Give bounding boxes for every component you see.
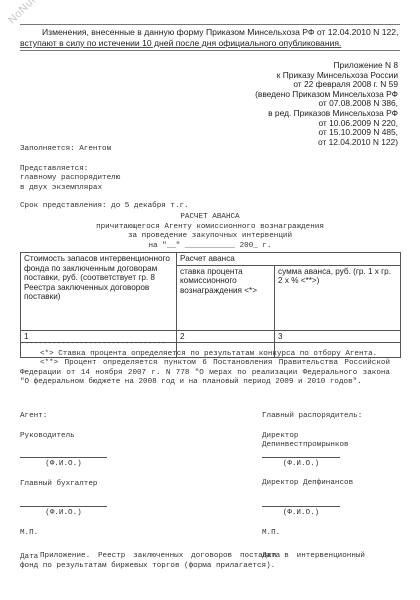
- stamp-label: М.П.: [262, 529, 362, 539]
- director-department: Депинвестпромрынков: [262, 441, 362, 451]
- main-manager-label: Главный распорядитель:: [262, 412, 362, 422]
- finance-director-title: Директор Депфинансов: [262, 479, 362, 489]
- title-main: РАСЧЕТ АВАНСА: [0, 213, 420, 223]
- appendix-reference: Приложение N 8 к Приказу Минсельхоза Рос…: [198, 61, 398, 147]
- fio-label: (Ф.И.О.): [20, 509, 107, 519]
- title-date-line: на "__" ___________ 200_ г.: [0, 242, 420, 252]
- filled-by: Заполняется: Агентом: [20, 145, 189, 155]
- signature-line-director[interactable]: [262, 457, 340, 458]
- agent-role-accountant: Главный бухгалтер: [20, 480, 107, 490]
- fio-label: (Ф.И.О.): [262, 509, 340, 519]
- stamp-label: М.П.: [20, 529, 107, 539]
- amendment-notice: Изменения, внесенные в данную форму Прик…: [20, 24, 400, 51]
- col1-header: Стоимость запасов интервенционного фонда…: [21, 253, 177, 331]
- deadline: Срок представления: до 5 декабря т.г.: [20, 202, 189, 212]
- submitted-to-label: Представляется:: [20, 165, 189, 175]
- title-sub-2: за проведение закупочных интервенций: [0, 232, 420, 242]
- submitted-to-copies: в двух экземплярах: [20, 184, 189, 194]
- footnote-separator: --------------------------------: [20, 340, 390, 350]
- group-header: Расчет аванса: [177, 253, 401, 266]
- footnotes: -------------------------------- <*> Ста…: [20, 340, 390, 388]
- footnote-2: <**> Процент определяется пунктом 6 Пост…: [20, 359, 390, 388]
- title-sub-1: причитающегося Агенту комиссионного возн…: [0, 223, 420, 233]
- form-header: Заполняется: Агентом Представляется: гла…: [20, 145, 189, 212]
- signature-line-finance-director[interactable]: [262, 506, 340, 507]
- fio-label: (Ф.И.О.): [20, 460, 107, 470]
- appendix-line: от 12.04.2010 N 122): [198, 138, 398, 148]
- agent-role-head: Руководитель: [20, 432, 107, 442]
- col3-header: сумма аванса, руб. (гр. 1 x гр. 2 x % <*…: [275, 265, 401, 330]
- director-title: Директор: [262, 432, 362, 442]
- signature-line-accountant[interactable]: [20, 506, 107, 507]
- notice-line-2: вступают в силу по истечении 10 дней пос…: [20, 38, 400, 49]
- attachment-text: Приложение. Реестр заключенных договоров…: [20, 552, 365, 571]
- main-manager-signatures: Главный распорядитель: Директор Депинвес…: [262, 412, 362, 562]
- footnote-1: <*> Ставка процента определяется по резу…: [20, 350, 390, 360]
- col2-header: ставка процента комиссионного вознагражд…: [177, 265, 275, 330]
- agent-label: Агент:: [20, 412, 107, 422]
- document-title: РАСЧЕТ АВАНСА причитающегося Агенту коми…: [0, 213, 420, 251]
- watermark: NoNumber.ru: [6, 0, 65, 26]
- agent-signatures: Агент: Руководитель (Ф.И.О.) Главный бух…: [20, 412, 107, 562]
- notice-line-1: Изменения, внесенные в данную форму Прик…: [20, 27, 400, 38]
- signature-line-head[interactable]: [20, 457, 107, 458]
- fio-label: (Ф.И.О.): [262, 460, 340, 470]
- attachment-note: Приложение. Реестр заключенных договоров…: [20, 552, 365, 571]
- submitted-to-recipient: главному распорядителю: [20, 174, 189, 184]
